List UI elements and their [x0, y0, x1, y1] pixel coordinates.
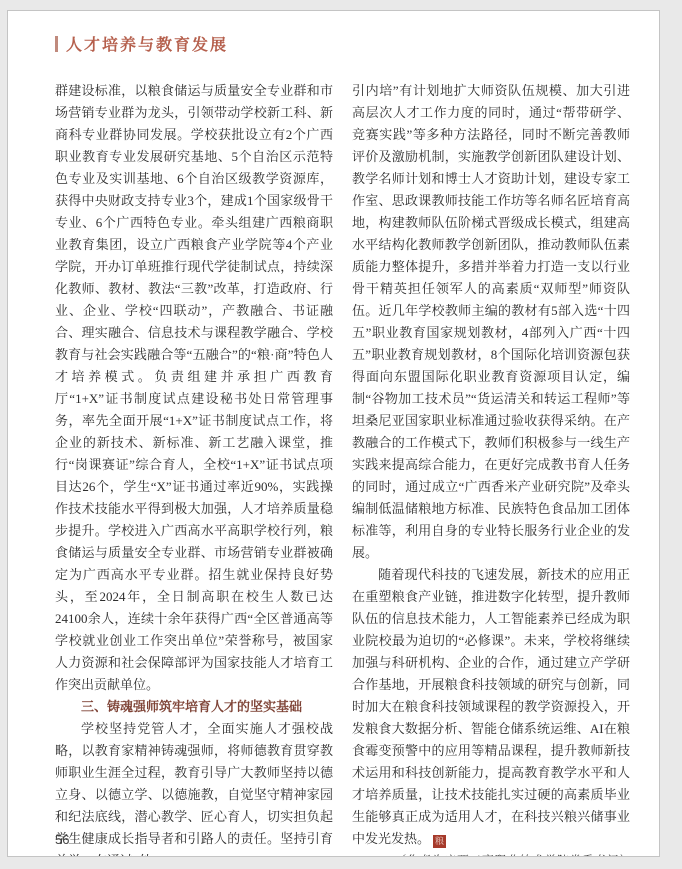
sub-heading: 三、铸魂强师筑牢培育人才的坚实基础: [55, 696, 333, 718]
paragraph-text: 随着现代科技的飞速发展，新技术的应用正在重塑粮食产业链，推进数字化转型，提升教师…: [352, 567, 630, 846]
section-header: 人才培养与教育发展: [55, 32, 659, 55]
author-attribution: （作者为广西工商职业技术学院党委书记）: [352, 850, 630, 857]
right-column: 引内培”有计划地扩大师资队伍规模、加大引进高层次人才工作力度的同时，通过“帮带研…: [352, 80, 630, 857]
paragraph-continuation: 群建设标准，以粮食储运与质量安全专业群和市场营销专业群为龙头，引领带动学校新工科…: [55, 80, 333, 696]
section-title: 人才培养与教育发展: [66, 32, 228, 55]
paragraph: 随着现代科技的飞速发展，新技术的应用正在重塑粮食产业链，推进数字化转型，提升教师…: [352, 564, 630, 850]
left-column: 群建设标准，以粮食储运与质量安全专业群和市场营销专业群为龙头，引领带动学校新工科…: [55, 80, 333, 857]
paragraph: 学校坚持党管人才，全面实施人才强校战略，以教育家精神铸魂强师，将师德教育贯穿教师…: [55, 718, 333, 857]
paragraph-continuation: 引内培”有计划地扩大师资队伍规模、加大引进高层次人才工作力度的同时，通过“帮带研…: [352, 80, 630, 564]
page-number: 56: [55, 832, 69, 847]
document-page: 人才培养与教育发展 群建设标准，以粮食储运与质量安全专业群和市场营销专业群为龙头…: [7, 10, 660, 857]
end-of-article-mark-icon: 粮: [433, 835, 446, 848]
article-body: 群建设标准，以粮食储运与质量安全专业群和市场营销专业群为龙头，引领带动学校新工科…: [8, 55, 659, 857]
header-accent-bar-icon: [55, 36, 58, 52]
